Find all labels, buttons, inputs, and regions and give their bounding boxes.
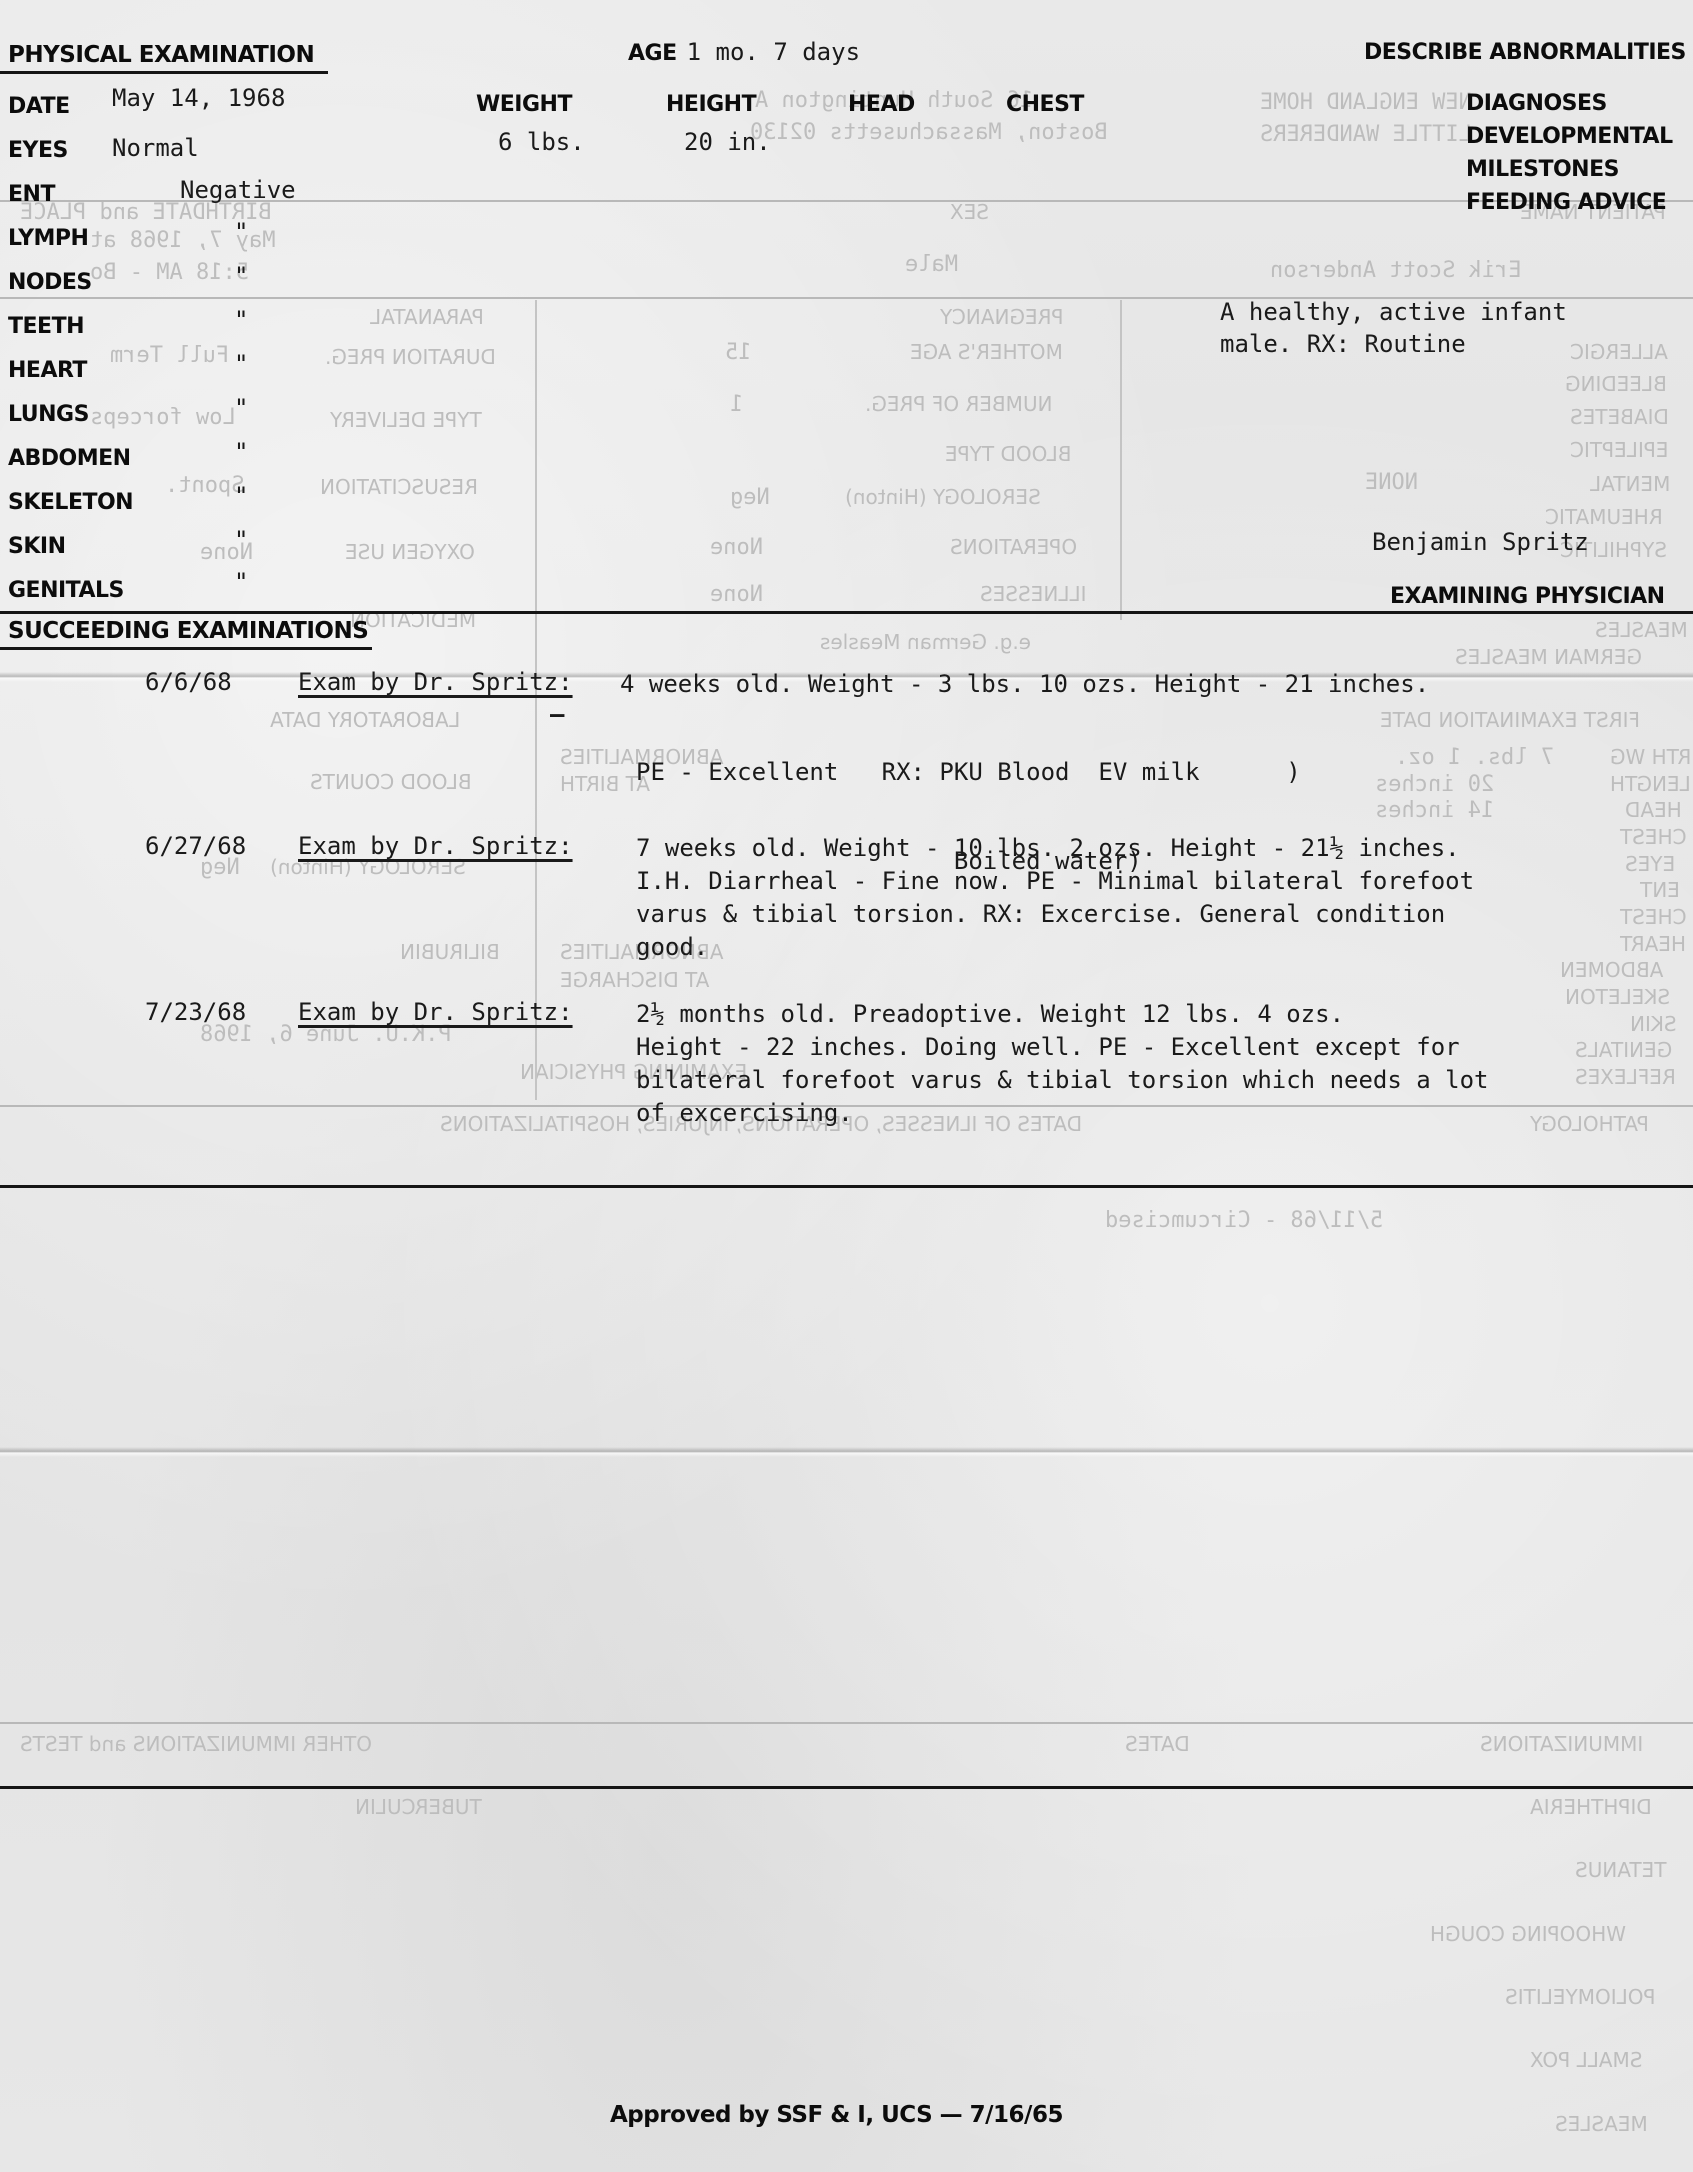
ghost-sex-label: SEX: [950, 200, 989, 224]
skin-value: ": [234, 526, 248, 554]
ghost-birth-wg-value: 7 lbs. 1 oz.: [1395, 745, 1554, 770]
ghost-divider: [1120, 300, 1122, 620]
date-label: DATE: [8, 94, 70, 119]
lungs-label: LUNGS: [8, 402, 89, 427]
ghost-address-2: Boston, Massachusetts 02130: [750, 120, 1108, 145]
section-divider: [0, 1185, 1693, 1188]
ghost-mothers-age-label: MOTHER'S AGE: [910, 340, 1063, 364]
section-title-underline: [0, 71, 328, 74]
approval-footer: Approved by SSF & I, UCS — 7/16/65: [610, 2102, 1063, 2128]
head-label: HEAD: [848, 92, 915, 117]
exam-note-line: varus & tibial torsion. RX: Excercise. G…: [636, 898, 1474, 931]
ghost-tetanus: TETANUS: [1575, 1858, 1667, 1882]
physician-name: Benjamin Spritz: [1372, 528, 1589, 556]
ghost-eyes-label: EYES: [1625, 852, 1675, 876]
exam-notes: 2½ months old. Preadoptive. Weight 12 lb…: [636, 998, 1489, 1130]
exam-notes: 4 weeks old. Weight - 3 lbs. 10 ozs. Hei…: [620, 668, 1429, 701]
exam-note-line: PE - Excellent RX: PKU Blood EV milk ): [636, 756, 1301, 789]
ghost-operations-label: OPERATIONS: [950, 535, 1077, 559]
height-value: 20 in.: [684, 128, 771, 156]
ghost-num-preg-value: 1: [730, 392, 743, 417]
exam-header-text: Exam by Dr. Spritz:: [298, 668, 573, 696]
exam-note-line: 4 weeks old. Weight - 3 lbs. 10 ozs. Hei…: [620, 668, 1429, 701]
ghost-family-none: NONE: [1365, 470, 1418, 495]
age-field: AGE 1 mo. 7 days: [628, 38, 860, 66]
ghost-duration-value: Full Term: [110, 343, 229, 368]
exam-date: 6/27/68: [145, 832, 246, 860]
ghost-chest2-label: CHEST: [1620, 905, 1687, 929]
ghost-oxygen-label: OXYGEN USE: [345, 540, 475, 564]
ghost-first-exam-label: FIRST EXAMINATION DATE: [1380, 708, 1640, 732]
ghost-chest-label: CHEST: [1620, 825, 1687, 849]
exam-note-line: 2½ months old. Preadoptive. Weight 12 lb…: [636, 998, 1489, 1031]
nodes-value: ": [234, 262, 248, 290]
ghost-length-label: LENGTH: [1610, 772, 1691, 796]
abdomen-label: ABDOMEN: [8, 446, 131, 471]
ghost-family-rheumatic: RHEUMATIC: [1545, 505, 1663, 529]
ghost-mothers-age-value: 15: [725, 340, 752, 365]
ghost-family-allergic: ALLERGIC: [1570, 340, 1668, 364]
ghost-rule: [0, 1722, 1693, 1724]
abdomen-value: ": [234, 438, 248, 466]
ghost-blood-counts: BLOOD COUNTS: [310, 770, 472, 794]
ghost-sex-value: Male: [905, 252, 958, 277]
diagnoses-label: DIAGNOSES: [1466, 91, 1607, 116]
eyes-label: EYES: [8, 138, 68, 163]
exam-entry: 6/27/68: [145, 832, 246, 860]
ghost-genitals-label: GENITALS: [1575, 1038, 1672, 1062]
section-title-physical-exam: PHYSICAL EXAMINATION: [8, 42, 314, 68]
chest-label: CHEST: [1006, 92, 1084, 117]
ghost-family-german-measles: GERMAN MEASLES: [1455, 645, 1642, 669]
teeth-label: TEETH: [8, 314, 84, 339]
ghost-small-pox: SMALL POX: [1530, 2048, 1643, 2072]
skeleton-value: ": [234, 482, 248, 510]
lymph-value: ": [234, 218, 248, 246]
skin-label: SKIN: [8, 534, 66, 559]
ghost-num-preg-label: NUMBER OF PREG.: [865, 392, 1053, 416]
exam-header: Exam by Dr. Spritz:: [298, 998, 573, 1026]
ghost-family-diabetes: DIABETES: [1570, 405, 1669, 429]
teeth-value: ": [234, 306, 248, 334]
ghost-abn-discharge-2: AT DISCHARGE: [560, 968, 709, 992]
exam-entry: 7/23/68: [145, 998, 246, 1026]
ghost-illnesses-value: None: [710, 582, 763, 607]
ghost-reflexes-label: REFLEXES: [1575, 1065, 1676, 1089]
feeding-advice-label: FEEDING ADVICE: [1466, 190, 1666, 215]
exam-date: 7/23/68: [145, 998, 246, 1026]
genitals-value: ": [234, 568, 248, 596]
succeeding-title-underline: [0, 647, 372, 650]
ghost-illness-example: e.g. German Measles: [820, 630, 1031, 654]
section-divider: [0, 611, 1693, 614]
age-label: AGE: [628, 41, 677, 66]
ghost-immunizations: IMMUNIZATIONS: [1480, 1732, 1643, 1756]
ghost-duration-label: DURATION PREG.: [325, 345, 496, 369]
ghost-family-measles: MEASLES: [1595, 618, 1688, 642]
ghost-skin-label: SKIN: [1630, 1012, 1677, 1036]
ghost-agency-1: NEW ENGLAND HOME: [1260, 90, 1472, 115]
ghost-whooping-cough: WHOOPING COUGH: [1430, 1922, 1626, 1946]
developmental-label: DEVELOPMENTAL: [1466, 124, 1673, 149]
ghost-operations-value: None: [710, 535, 763, 560]
exam-note-line: of excercising.: [636, 1097, 1489, 1130]
milestones-label: MILESTONES: [1466, 157, 1619, 182]
exam-header: Exam by Dr. Spritz:: [298, 832, 573, 860]
ghost-agency-2: LITTLE WANDERERS: [1260, 122, 1472, 147]
ghost-illnesses-label: ILLNESSES: [980, 582, 1087, 606]
heart-value: ": [234, 350, 248, 378]
dash-mark: –: [550, 700, 564, 728]
exam-header-text: Exam by Dr. Spritz:: [298, 832, 573, 860]
exam-date: 6/6/68: [145, 668, 232, 696]
ghost-serology-value: Neg: [730, 485, 770, 510]
exam-note-line: 7 weeks old. Weight - 10 lbs. 2 ozs. Hei…: [636, 832, 1474, 865]
ghost-resuscitation-value: Spont.: [165, 473, 244, 498]
skeleton-label: SKELETON: [8, 490, 133, 515]
ghost-delivery-value: Low forceps: [90, 405, 236, 430]
ghost-family-mental: MENTAL: [1590, 472, 1670, 496]
ghost-family-epileptic: EPILEPTIC: [1570, 438, 1669, 462]
diagnosis-line-2: male. RX: Routine: [1220, 330, 1466, 358]
ghost-resuscitation-label: RESUSCITATION: [320, 475, 478, 499]
section-divider: [0, 1786, 1693, 1789]
exam-note-line: Height - 22 inches. Doing well. PE - Exc…: [636, 1031, 1489, 1064]
ghost-dates: DATES: [1125, 1732, 1190, 1756]
exam-entry: 6/6/68: [145, 668, 232, 696]
height-label: HEIGHT: [666, 92, 756, 117]
exam-header: Exam by Dr. Spritz:: [298, 668, 573, 696]
nodes-label: NODES: [8, 270, 92, 295]
ghost-paranatal-label: PARANATAL: [370, 305, 484, 329]
ent-label: ENT: [8, 182, 55, 207]
exam-note-line: I.H. Diarrheal - Fine now. PE - Minimal …: [636, 865, 1474, 898]
date-value: May 14, 1968: [112, 84, 285, 112]
ghost-pathology: PATHOLOGY: [1530, 1112, 1649, 1136]
exam-note-line: bilateral forefoot varus & tibial torsio…: [636, 1064, 1489, 1097]
lymph-label: LYMPH: [8, 226, 88, 251]
age-value: 1 mo. 7 days: [687, 38, 860, 66]
ghost-blood-type-label: BLOOD TYPE: [945, 442, 1072, 466]
ghost-other-immunizations: OTHER IMMUNIZATIONS and TESTS: [20, 1732, 372, 1756]
exam-note-line: good.: [636, 931, 1474, 964]
ghost-lab-data-label: LABORATORY DATA: [270, 708, 460, 732]
ghost-bilirubin: BILIRUBIN: [400, 940, 500, 964]
ghost-diphtheria: DIPHTHERIA: [1530, 1795, 1652, 1819]
paper-fold: [0, 1447, 1693, 1457]
ghost-head-value: 14 inches: [1375, 798, 1494, 823]
succeeding-exams-title: SUCCEEDING EXAMINATIONS: [8, 618, 368, 644]
exam-notes: 7 weeks old. Weight - 10 lbs. 2 ozs. Hei…: [636, 832, 1474, 964]
ghost-poliomyelitis: POLIOMYELITIS: [1505, 1985, 1656, 2009]
ghost-divider: [535, 300, 537, 1100]
ent-value: Negative: [180, 176, 296, 204]
ghost-circumcised: 5/11/68 - Circumcised: [1105, 1208, 1383, 1233]
exam-header-text: Exam by Dr. Spritz:: [298, 998, 573, 1026]
ghost-skeleton-label: SKELETON: [1565, 985, 1670, 1009]
ghost-measles: MEASLES: [1555, 2112, 1648, 2136]
ghost-ent-label: ENT: [1640, 878, 1680, 902]
ghost-delivery-label: TYPE DELIVERY: [330, 408, 482, 432]
ghost-patient-name: Erik Scott Anderson: [1270, 258, 1522, 283]
ghost-length-value: 20 inches: [1375, 772, 1494, 797]
ghost-head-label: HEAD: [1625, 798, 1682, 822]
lungs-value: ": [234, 394, 248, 422]
examining-physician-label: EXAMINING PHYSICIAN: [1390, 584, 1665, 609]
ghost-family-bleeding: BLEEDING: [1565, 372, 1667, 396]
eyes-value: Normal: [112, 134, 199, 162]
ghost-tuberculin: TUBERCULIN: [355, 1795, 482, 1819]
ghost-heart-label: HEART: [1620, 932, 1686, 956]
diagnosis-line-1: A healthy, active infant: [1220, 298, 1567, 326]
ghost-birth-2: 5:18 AM - Bo: [90, 260, 249, 285]
ghost-serology-label: SEROLOGY (Hinton): [845, 485, 1041, 509]
weight-label: WEIGHT: [476, 92, 572, 117]
ghost-abdomen-label: ABDOMEN: [1560, 958, 1663, 982]
ghost-birth-wg-label: BIRTH WG: [1610, 745, 1693, 769]
ghost-pregnancy-label: PREGNANCY: [940, 305, 1064, 329]
heart-label: HEART: [8, 358, 87, 383]
weight-value: 6 lbs.: [498, 128, 585, 156]
genitals-label: GENITALS: [8, 578, 124, 603]
describe-abnormalities-label: DESCRIBE ABNORMALITIES: [1364, 40, 1686, 65]
